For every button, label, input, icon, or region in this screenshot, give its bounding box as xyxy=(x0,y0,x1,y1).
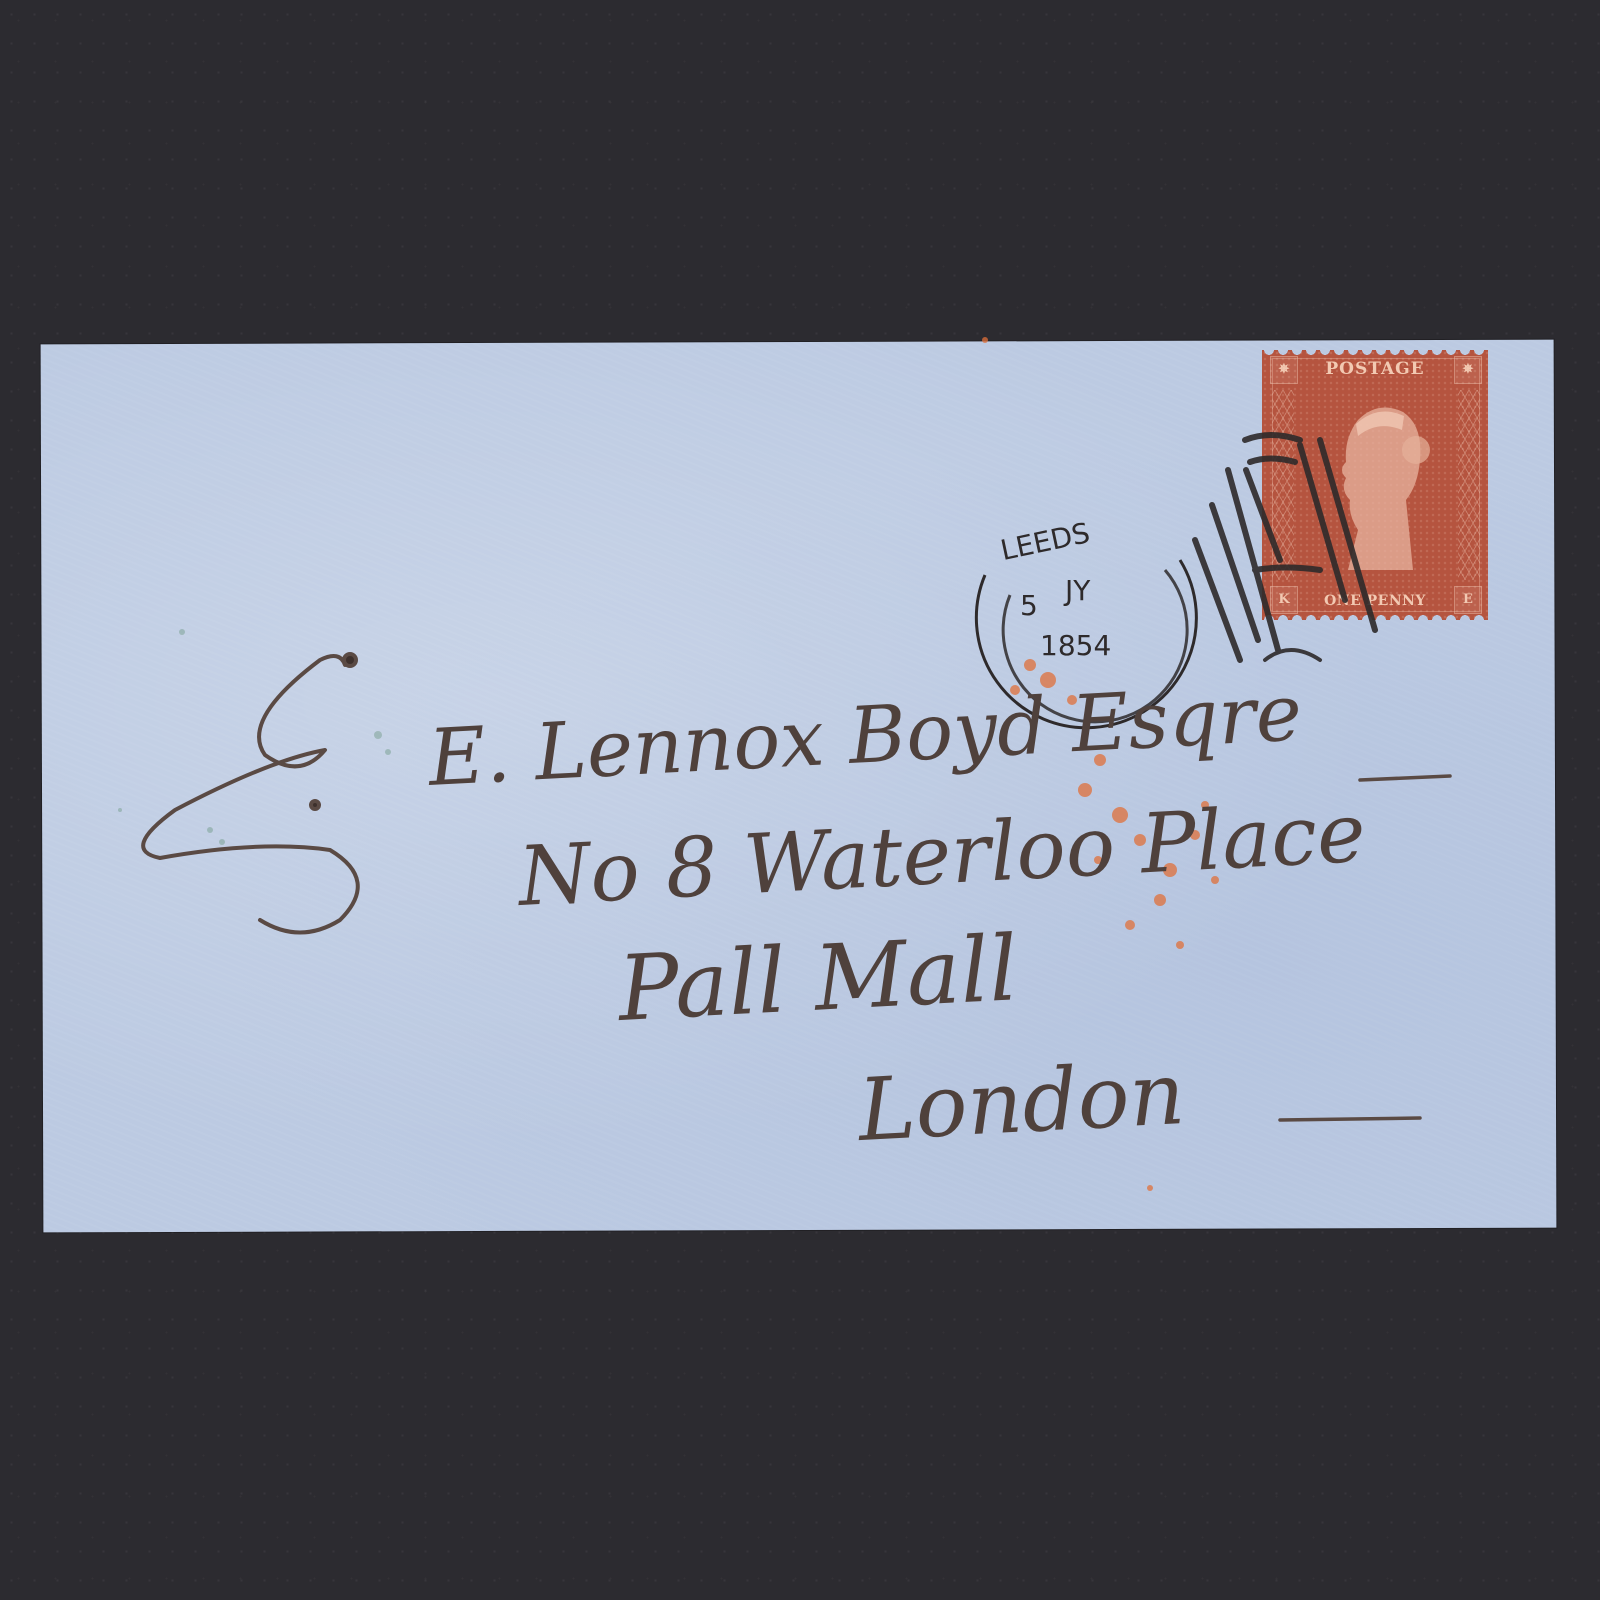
star-ornament-icon: ✵ xyxy=(1454,356,1482,384)
star-ornament-icon: ✵ xyxy=(1270,356,1298,384)
stamp-side-lattice xyxy=(1272,390,1294,580)
stamp-corner-letter-left: K xyxy=(1270,586,1298,614)
stamp-corner-letter-right: E xyxy=(1454,586,1482,614)
queen-victoria-portrait-icon xyxy=(1318,390,1438,570)
stamp-value-label: ONE PENNY xyxy=(1296,588,1454,614)
stamp-side-lattice xyxy=(1458,390,1480,580)
penny-red-stamp: POSTAGE ✵ ✵ K ONE PENNY E xyxy=(1262,350,1488,620)
